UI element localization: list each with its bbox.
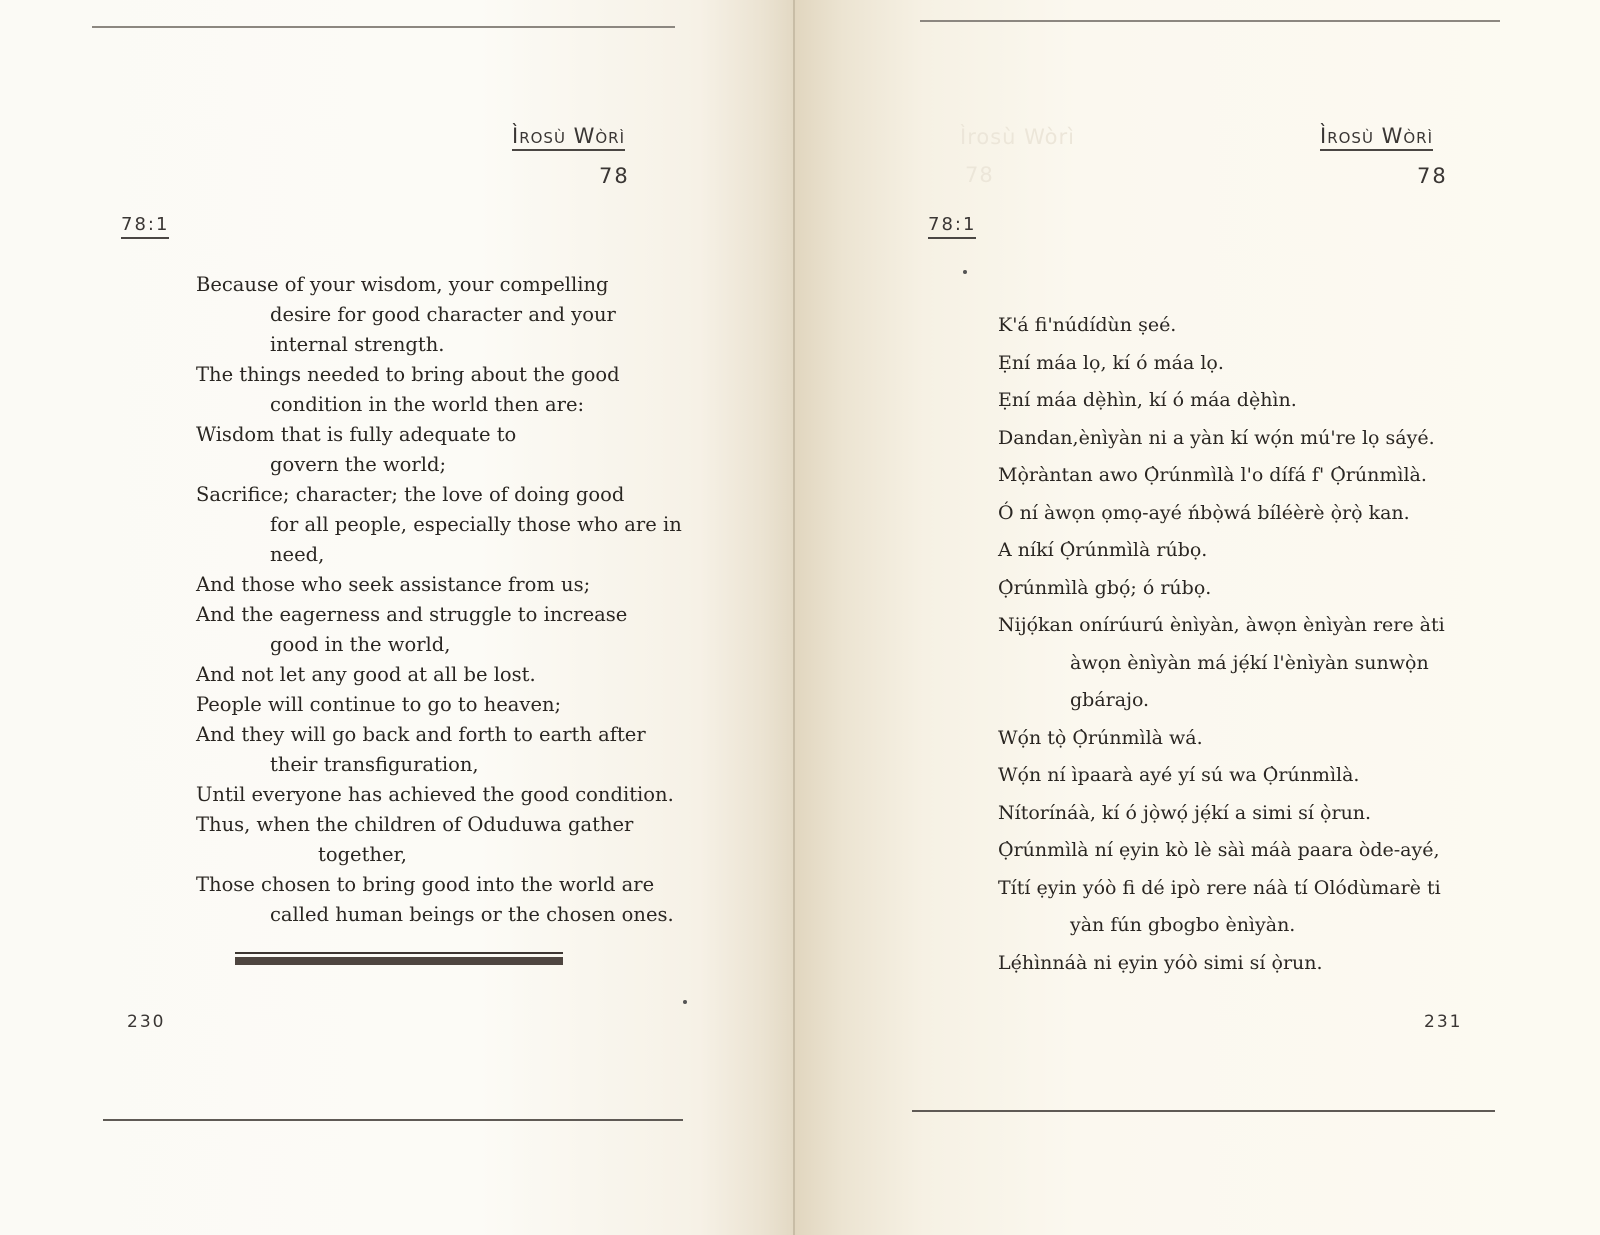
verse-line: Ọ̀rúnmìlà ní ẹyin kò lè sàì máà paara òd… [998, 832, 1468, 870]
verse-line: A níkí Ọ̀rúnmìlà rúbọ. [998, 532, 1468, 570]
verse-line: Ẹní máa lọ, kí ó máa lọ. [998, 345, 1468, 383]
verse-line: for all people, especially those who are… [196, 510, 676, 540]
section-end-ornament [235, 952, 563, 965]
verse-line: People will continue to go to heaven; [196, 690, 676, 720]
verse-line: Títí ẹyin yóò fi dé ipò rere náà tí Olód… [998, 870, 1468, 908]
left-running-head: Ìrosù Wòrì [512, 124, 625, 151]
verse-line: Lẹ́hìnnáà ni ẹyin yóò simi sí ọ̀run. [998, 945, 1468, 983]
right-verse-text: K'á fi'núdídùn ṣeé. Ẹní máa lọ, kí ó máa… [998, 307, 1468, 982]
right-top-rule [920, 20, 1500, 22]
verse-line: Wọ́n tọ̀ Ọ̀rúnmìlà wá. [998, 720, 1468, 758]
left-bottom-rule [103, 1119, 683, 1121]
verse-line: need, [196, 540, 676, 570]
right-running-head: Ìrosù Wòrì [1320, 124, 1433, 151]
left-verse-text: Because of your wisdom, your compelling … [196, 270, 676, 930]
verse-line: And those who seek assistance from us; [196, 570, 676, 600]
verse-line: And they will go back and forth to earth… [196, 720, 676, 750]
verse-line: Thus, when the children of Oduduwa gathe… [196, 810, 676, 840]
verse-line: Nítorínáà, kí ó jọ̀wọ́ jẹ́kí a simi sí ọ… [998, 795, 1468, 833]
verse-line: condition in the world then are: [196, 390, 676, 420]
left-chapter-number: 78 [599, 164, 630, 188]
verse-line: Nijọ́kan onírúurú ènìyàn, àwọn ènìyàn re… [998, 607, 1468, 645]
left-page-number: 230 [127, 1012, 165, 1032]
verse-line: govern the world; [196, 450, 676, 480]
verse-line: Until everyone has achieved the good con… [196, 780, 676, 810]
verse-line: gbárajo. [998, 682, 1468, 720]
print-speck [963, 270, 967, 274]
verse-line: their transfiguration, [196, 750, 676, 780]
verse-line: And the eagerness and struggle to increa… [196, 600, 676, 630]
verse-line: Because of your wisdom, your compelling [196, 270, 676, 300]
left-top-rule [92, 26, 675, 28]
book-gutter [793, 0, 795, 1235]
left-verse-reference: 78:1 [121, 214, 169, 239]
verse-line: The things needed to bring about the goo… [196, 360, 676, 390]
verse-line: together, [196, 840, 676, 870]
verse-line: internal strength. [196, 330, 676, 360]
right-chapter-number: 78 [1417, 164, 1448, 188]
verse-line: yàn fún gbogbo ènìyàn. [998, 907, 1468, 945]
verse-line: And not let any good at all be lost. [196, 660, 676, 690]
verse-line: called human beings or the chosen ones. [196, 900, 676, 930]
verse-line: Sacrifice; character; the love of doing … [196, 480, 676, 510]
verse-line: good in the world, [196, 630, 676, 660]
verse-line: Wisdom that is fully adequate to [196, 420, 676, 450]
verse-line: Ọ̀rúnmìlà gbọ́; ó rúbọ. [998, 570, 1468, 608]
verse-line: Those chosen to bring good into the worl… [196, 870, 676, 900]
verse-line: K'á fi'núdídùn ṣeé. [998, 307, 1468, 345]
bleed-through-running-head: Ìrosù Wòrì [960, 125, 1075, 149]
verse-line: àwọn ènìyàn má jẹ́kí l'ènìyàn sunwọ̀n [998, 645, 1468, 683]
bleed-through-chapter-number: 78 [965, 163, 994, 187]
verse-line: desire for good character and your [196, 300, 676, 330]
verse-line: Wọ́n ní ìpaarà ayé yí sú wa Ọ̀rúnmìlà. [998, 757, 1468, 795]
ornament-thin-rule [235, 952, 563, 954]
ornament-thick-rule [235, 957, 563, 965]
right-verse-reference: 78:1 [928, 214, 976, 239]
right-bottom-rule [912, 1110, 1495, 1112]
print-speck [683, 1000, 687, 1004]
verse-line: Ó ní àwọn ọmọ-ayé ńbọ̀wá bíléèrè ọ̀rọ̀ k… [998, 495, 1468, 533]
verse-line: Ẹní máa dẹ̀hìn, kí ó máa dẹ̀hìn. [998, 382, 1468, 420]
verse-line: Mọ̀ràntan awo Ọ̀rúnmìlà l'o dífá f' Ọ̀rú… [998, 457, 1468, 495]
right-page-number: 231 [1424, 1012, 1462, 1032]
verse-line: Dandan,ènìyàn ni a yàn kí wọ́n mú're lọ … [998, 420, 1468, 458]
